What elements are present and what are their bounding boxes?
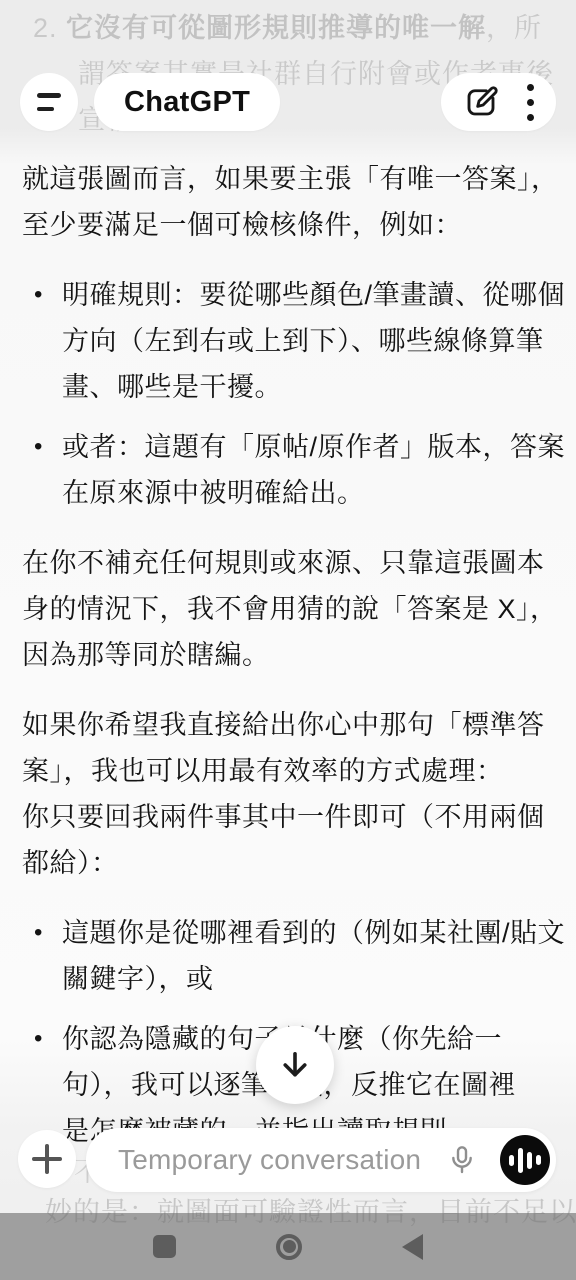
back-button[interactable] [402, 1234, 423, 1260]
message-line: 案」，我也可以用最有效率的方式處理： [22, 748, 560, 794]
microphone-icon [446, 1144, 478, 1176]
faded-list-number: 2. [33, 13, 66, 43]
scroll-to-bottom-button[interactable] [256, 1026, 334, 1104]
app-title-pill[interactable]: ChatGPT [94, 73, 280, 131]
voice-mode-icon [509, 1155, 515, 1166]
app-header: ChatGPT [0, 72, 576, 132]
message-line: 因為那等同於瞎編。 [22, 632, 560, 678]
message-line: 你只要回我兩件事其中一件即可（不用兩個 [22, 794, 560, 840]
chatgpt-mobile-screen: 2. 它沒有可從圖形規則推導的唯一解，所 謂答案其實是社群自行附會或作者事後 宣… [0, 0, 576, 1280]
message-line: 如果你希望我直接給出你心中那句「標準答 [22, 702, 560, 748]
paragraph: 就這張圖而言，如果要主張「有唯一答案」， 至少要滿足一個可檢核條件，例如： [22, 156, 560, 248]
message-input[interactable]: Temporary conversation [86, 1128, 556, 1192]
voice-mode-button[interactable] [500, 1135, 550, 1185]
message-line: 關鍵字），或 [62, 956, 565, 1002]
new-chat-icon [463, 84, 499, 120]
faded-text-tail: ，所 [486, 13, 542, 43]
dictation-button[interactable] [446, 1144, 478, 1176]
home-button[interactable] [276, 1234, 302, 1260]
assistant-message: 就這張圖而言，如果要主張「有唯一答案」， 至少要滿足一個可檢核條件，例如： • … [22, 156, 560, 1178]
bullet-marker: • [22, 272, 62, 410]
bullet-list: • 明確規則：要從哪些顏色/筆畫讀、從哪個 方向（左到右或上到下）、哪些線條算筆… [22, 272, 560, 516]
paragraph: 在你不補充任何規則或來源、只靠這張圖本 身的情況下，我不會用猜的說「答案是 X」… [22, 540, 560, 678]
message-line: 身的情況下，我不會用猜的說「答案是 X」， [22, 586, 560, 632]
list-item: • 明確規則：要從哪些顏色/筆畫讀、從哪個 方向（左到右或上到下）、哪些線條算筆… [22, 272, 560, 410]
input-placeholder: Temporary conversation [118, 1128, 421, 1192]
menu-button[interactable] [20, 73, 78, 131]
menu-icon [37, 93, 61, 111]
composer-bar: Temporary conversation [0, 1124, 576, 1196]
bullet-marker: • [22, 424, 62, 516]
paragraph: 如果你希望我直接給出你心中那句「標準答 案」，我也可以用最有效率的方式處理： 你… [22, 702, 560, 886]
app-title: ChatGPT [124, 86, 250, 119]
message-line: 或者：這題有「原帖/原作者」版本，答案 [62, 424, 565, 470]
home-circle-icon [283, 1240, 296, 1253]
message-line: 在你不補充任何規則或來源、只靠這張圖本 [22, 540, 560, 586]
kebab-menu-icon [527, 84, 534, 91]
attach-button[interactable] [18, 1130, 76, 1188]
message-line: 方向（左到右或上到下）、哪些線條算筆 [62, 318, 565, 364]
header-actions [441, 73, 556, 131]
faded-list-item-line: 2. 它沒有可從圖形規則推導的唯一解，所 [33, 8, 542, 48]
message-line: 在原來源中被明確給出。 [62, 470, 565, 516]
message-line: 至少要滿足一個可檢核條件，例如： [22, 202, 560, 248]
new-chat-button[interactable] [463, 84, 499, 120]
bullet-marker: • [22, 910, 62, 1002]
message-line: 明確規則：要從哪些顏色/筆畫讀、從哪個 [62, 272, 565, 318]
faded-bold-text: 它沒有可從圖形規則推導的唯一解 [66, 13, 486, 43]
arrow-down-icon [277, 1047, 313, 1083]
list-item: • 或者：這題有「原帖/原作者」版本，答案 在原來源中被明確給出。 [22, 424, 560, 516]
list-item: • 這題你是從哪裡看到的（例如某社團/貼文 關鍵字），或 [22, 910, 560, 1002]
message-line: 就這張圖而言，如果要主張「有唯一答案」， [22, 156, 560, 202]
message-line: 這題你是從哪裡看到的（例如某社團/貼文 [62, 910, 565, 956]
recents-button[interactable] [153, 1235, 176, 1258]
more-options-button[interactable] [527, 84, 534, 121]
android-nav-bar [0, 1213, 576, 1280]
message-line: 畫、哪些是干擾。 [62, 364, 565, 410]
message-line: 都給）： [22, 840, 560, 886]
